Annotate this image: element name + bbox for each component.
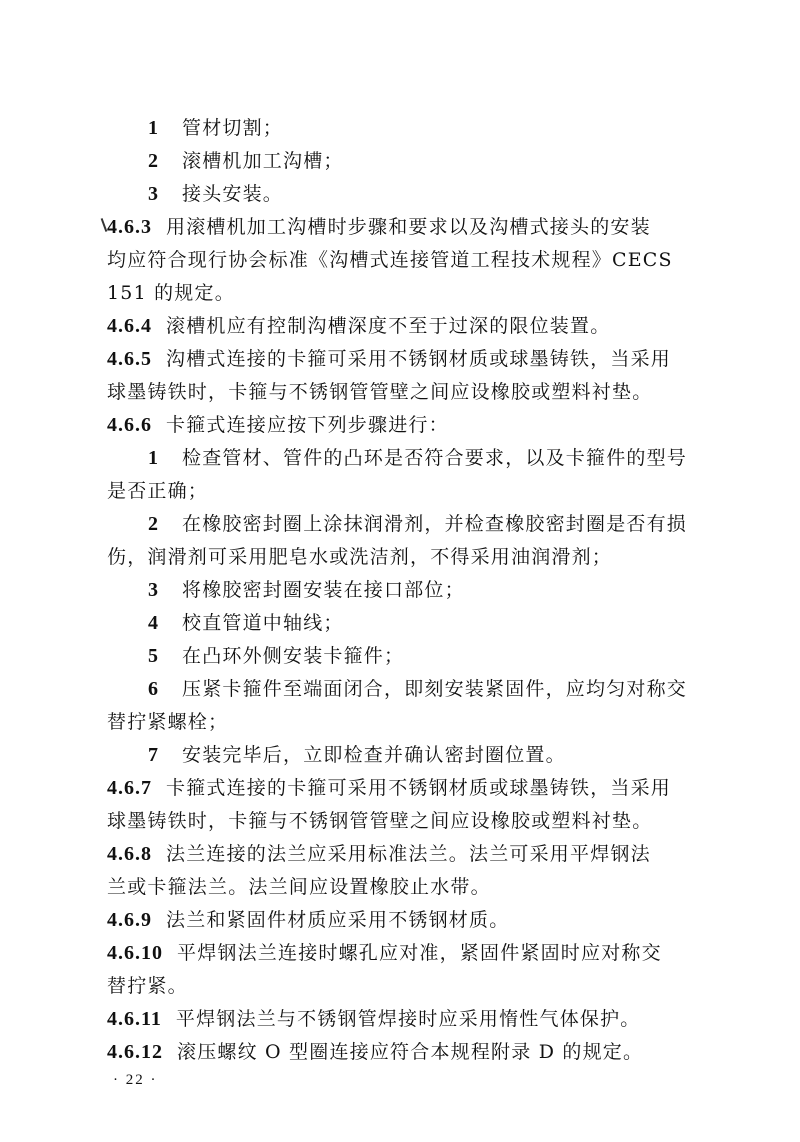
section-number: 4.6.10: [107, 937, 163, 970]
paragraph-text: 均应符合现行协会标准《沟槽式连接管道工程技术规程》CECS: [107, 249, 673, 271]
list-item: 1检查管材、管件的凸环是否符合要求，以及卡箍件的型号: [148, 442, 748, 475]
section-4-6-4: 4.6.4滚槽机应有控制沟槽深度不至于过深的限位装置。: [107, 310, 707, 343]
continuation-line: 替拧紧。: [107, 970, 707, 1003]
item-text: 管材切割；: [182, 117, 283, 139]
section-text: 卡箍式连接的卡箍可采用不锈钢材质或球墨铸铁，当采用: [166, 777, 671, 799]
section-4-6-8: 4.6.8法兰连接的法兰应采用标准法兰。法兰可采用平焊钢法: [107, 838, 707, 871]
section-4-6-9: 4.6.9法兰和紧固件材质应采用不锈钢材质。: [107, 904, 707, 937]
paragraph-text: 替拧紧。: [107, 975, 188, 997]
section-number: 4.6.7: [107, 772, 152, 805]
continuation-line: 兰或卡箍法兰。法兰间应设置橡胶止水带。: [107, 871, 707, 904]
section-text: 法兰连接的法兰应采用标准法兰。法兰可采用平焊钢法: [166, 843, 651, 865]
item-text: 检查管材、管件的凸环是否符合要求，以及卡箍件的型号: [182, 447, 687, 469]
section-number: 4.6.9: [107, 904, 152, 937]
section-number: 4.6.8: [107, 838, 152, 871]
item-text: 滚槽机加工沟槽；: [182, 150, 344, 172]
continuation-line: 是否正确；: [107, 475, 707, 508]
section-text: 卡箍式连接应按下列步骤进行：: [166, 414, 449, 436]
section-4-6-6: 4.6.6卡箍式连接应按下列步骤进行：: [107, 409, 707, 442]
section-4-6-12: 4.6.12滚压螺纹 O 型圈连接应符合本规程附录 D 的规定。: [107, 1036, 707, 1069]
section-text: 平焊钢法兰连接时螺孔应对准，紧固件紧固时应对称交: [177, 942, 662, 964]
item-text: 压紧卡箍件至端面闭合，即刻安装紧固件，应均匀对称交: [182, 678, 687, 700]
section-number: 4.6.6: [107, 409, 152, 442]
paragraph-text: 球墨铸铁时，卡箍与不锈钢管管壁之间应设橡胶或塑料衬垫。: [107, 810, 652, 832]
section-number: 4.6.5: [107, 343, 152, 376]
document-page: 1管材切割； 2滚槽机加工沟槽； 3接头安装。 4.6.3用滚槽机加工沟槽时步骤…: [0, 0, 800, 1142]
list-item: 3将橡胶密封圈安装在接口部位；: [148, 574, 748, 607]
item-number: 2: [148, 508, 182, 541]
item-number: 3: [148, 178, 182, 211]
section-text: 用滚槽机加工沟槽时步骤和要求以及沟槽式接头的安装: [166, 216, 651, 238]
paragraph-text: 兰或卡箍法兰。法兰间应设置橡胶止水带。: [107, 876, 491, 898]
item-number: 4: [148, 607, 182, 640]
section-4-6-10: 4.6.10平焊钢法兰连接时螺孔应对准，紧固件紧固时应对称交: [107, 937, 707, 970]
item-number: 1: [148, 112, 182, 145]
section-text: 法兰和紧固件材质应采用不锈钢材质。: [166, 909, 509, 931]
item-text: 在橡胶密封圈上涂抹润滑剂，并检查橡胶密封圈是否有损: [182, 513, 687, 535]
item-number: 3: [148, 574, 182, 607]
continuation-line: 球墨铸铁时，卡箍与不锈钢管管壁之间应设橡胶或塑料衬垫。: [107, 805, 707, 838]
item-number: 2: [148, 145, 182, 178]
list-item: 4校直管道中轴线；: [148, 607, 748, 640]
section-text: 沟槽式连接的卡箍可采用不锈钢材质或球墨铸铁，当采用: [166, 348, 671, 370]
section-number: 4.6.12: [107, 1036, 163, 1069]
continuation-line: 替拧紧螺栓；: [107, 706, 707, 739]
list-item: 1管材切割；: [148, 112, 748, 145]
continuation-line: 伤，润滑剂可采用肥皂水或洗洁剂，不得采用油润滑剂；: [107, 541, 707, 574]
paragraph-text: 替拧紧螺栓；: [107, 711, 228, 733]
item-text: 校直管道中轴线；: [182, 612, 344, 634]
section-4-6-11: 4.6.11平焊钢法兰与不锈钢管焊接时应采用惰性气体保护。: [107, 1003, 707, 1036]
continuation-line: 151 的规定。: [107, 277, 707, 310]
section-text: 平焊钢法兰与不锈钢管焊接时应采用惰性气体保护。: [176, 1008, 641, 1030]
item-text: 在凸环外侧安装卡箍件；: [182, 645, 404, 667]
continuation-line: 球墨铸铁时，卡箍与不锈钢管管壁之间应设橡胶或塑料衬垫。: [107, 376, 707, 409]
list-item: 6压紧卡箍件至端面闭合，即刻安装紧固件，应均匀对称交: [148, 673, 748, 706]
section-number: 4.6.3: [107, 211, 152, 244]
section-4-6-3: 4.6.3用滚槽机加工沟槽时步骤和要求以及沟槽式接头的安装: [107, 211, 707, 244]
continuation-line: 均应符合现行协会标准《沟槽式连接管道工程技术规程》CECS: [107, 244, 707, 277]
item-text: 安装完毕后，立即检查并确认密封圈位置。: [182, 744, 566, 766]
item-number: 6: [148, 673, 182, 706]
section-number: 4.6.4: [107, 310, 152, 343]
section-4-6-5: 4.6.5沟槽式连接的卡箍可采用不锈钢材质或球墨铸铁，当采用: [107, 343, 707, 376]
item-number: 7: [148, 739, 182, 772]
list-item: 3接头安装。: [148, 178, 748, 211]
section-text: 滚压螺纹 O 型圈连接应符合本规程附录 D 的规定。: [177, 1041, 643, 1063]
page-number: · 22 ·: [113, 1072, 158, 1089]
list-item: 7安装完毕后，立即检查并确认密封圈位置。: [148, 739, 748, 772]
paragraph-text: 151 的规定。: [107, 282, 235, 304]
paragraph-text: 伤，润滑剂可采用肥皂水或洗洁剂，不得采用油润滑剂；: [107, 546, 612, 568]
section-number: 4.6.11: [107, 1003, 162, 1036]
list-item: 2滚槽机加工沟槽；: [148, 145, 748, 178]
item-number: 1: [148, 442, 182, 475]
list-item: 2在橡胶密封圈上涂抹润滑剂，并检查橡胶密封圈是否有损: [148, 508, 748, 541]
list-item: 5在凸环外侧安装卡箍件；: [148, 640, 748, 673]
section-4-6-7: 4.6.7卡箍式连接的卡箍可采用不锈钢材质或球墨铸铁，当采用: [107, 772, 707, 805]
item-text: 将橡胶密封圈安装在接口部位；: [182, 579, 465, 601]
item-text: 接头安装。: [182, 183, 283, 205]
section-text: 滚槽机应有控制沟槽深度不至于过深的限位装置。: [166, 315, 610, 337]
paragraph-text: 是否正确；: [107, 480, 208, 502]
item-number: 5: [148, 640, 182, 673]
paragraph-text: 球墨铸铁时，卡箍与不锈钢管管壁之间应设橡胶或塑料衬垫。: [107, 381, 652, 403]
